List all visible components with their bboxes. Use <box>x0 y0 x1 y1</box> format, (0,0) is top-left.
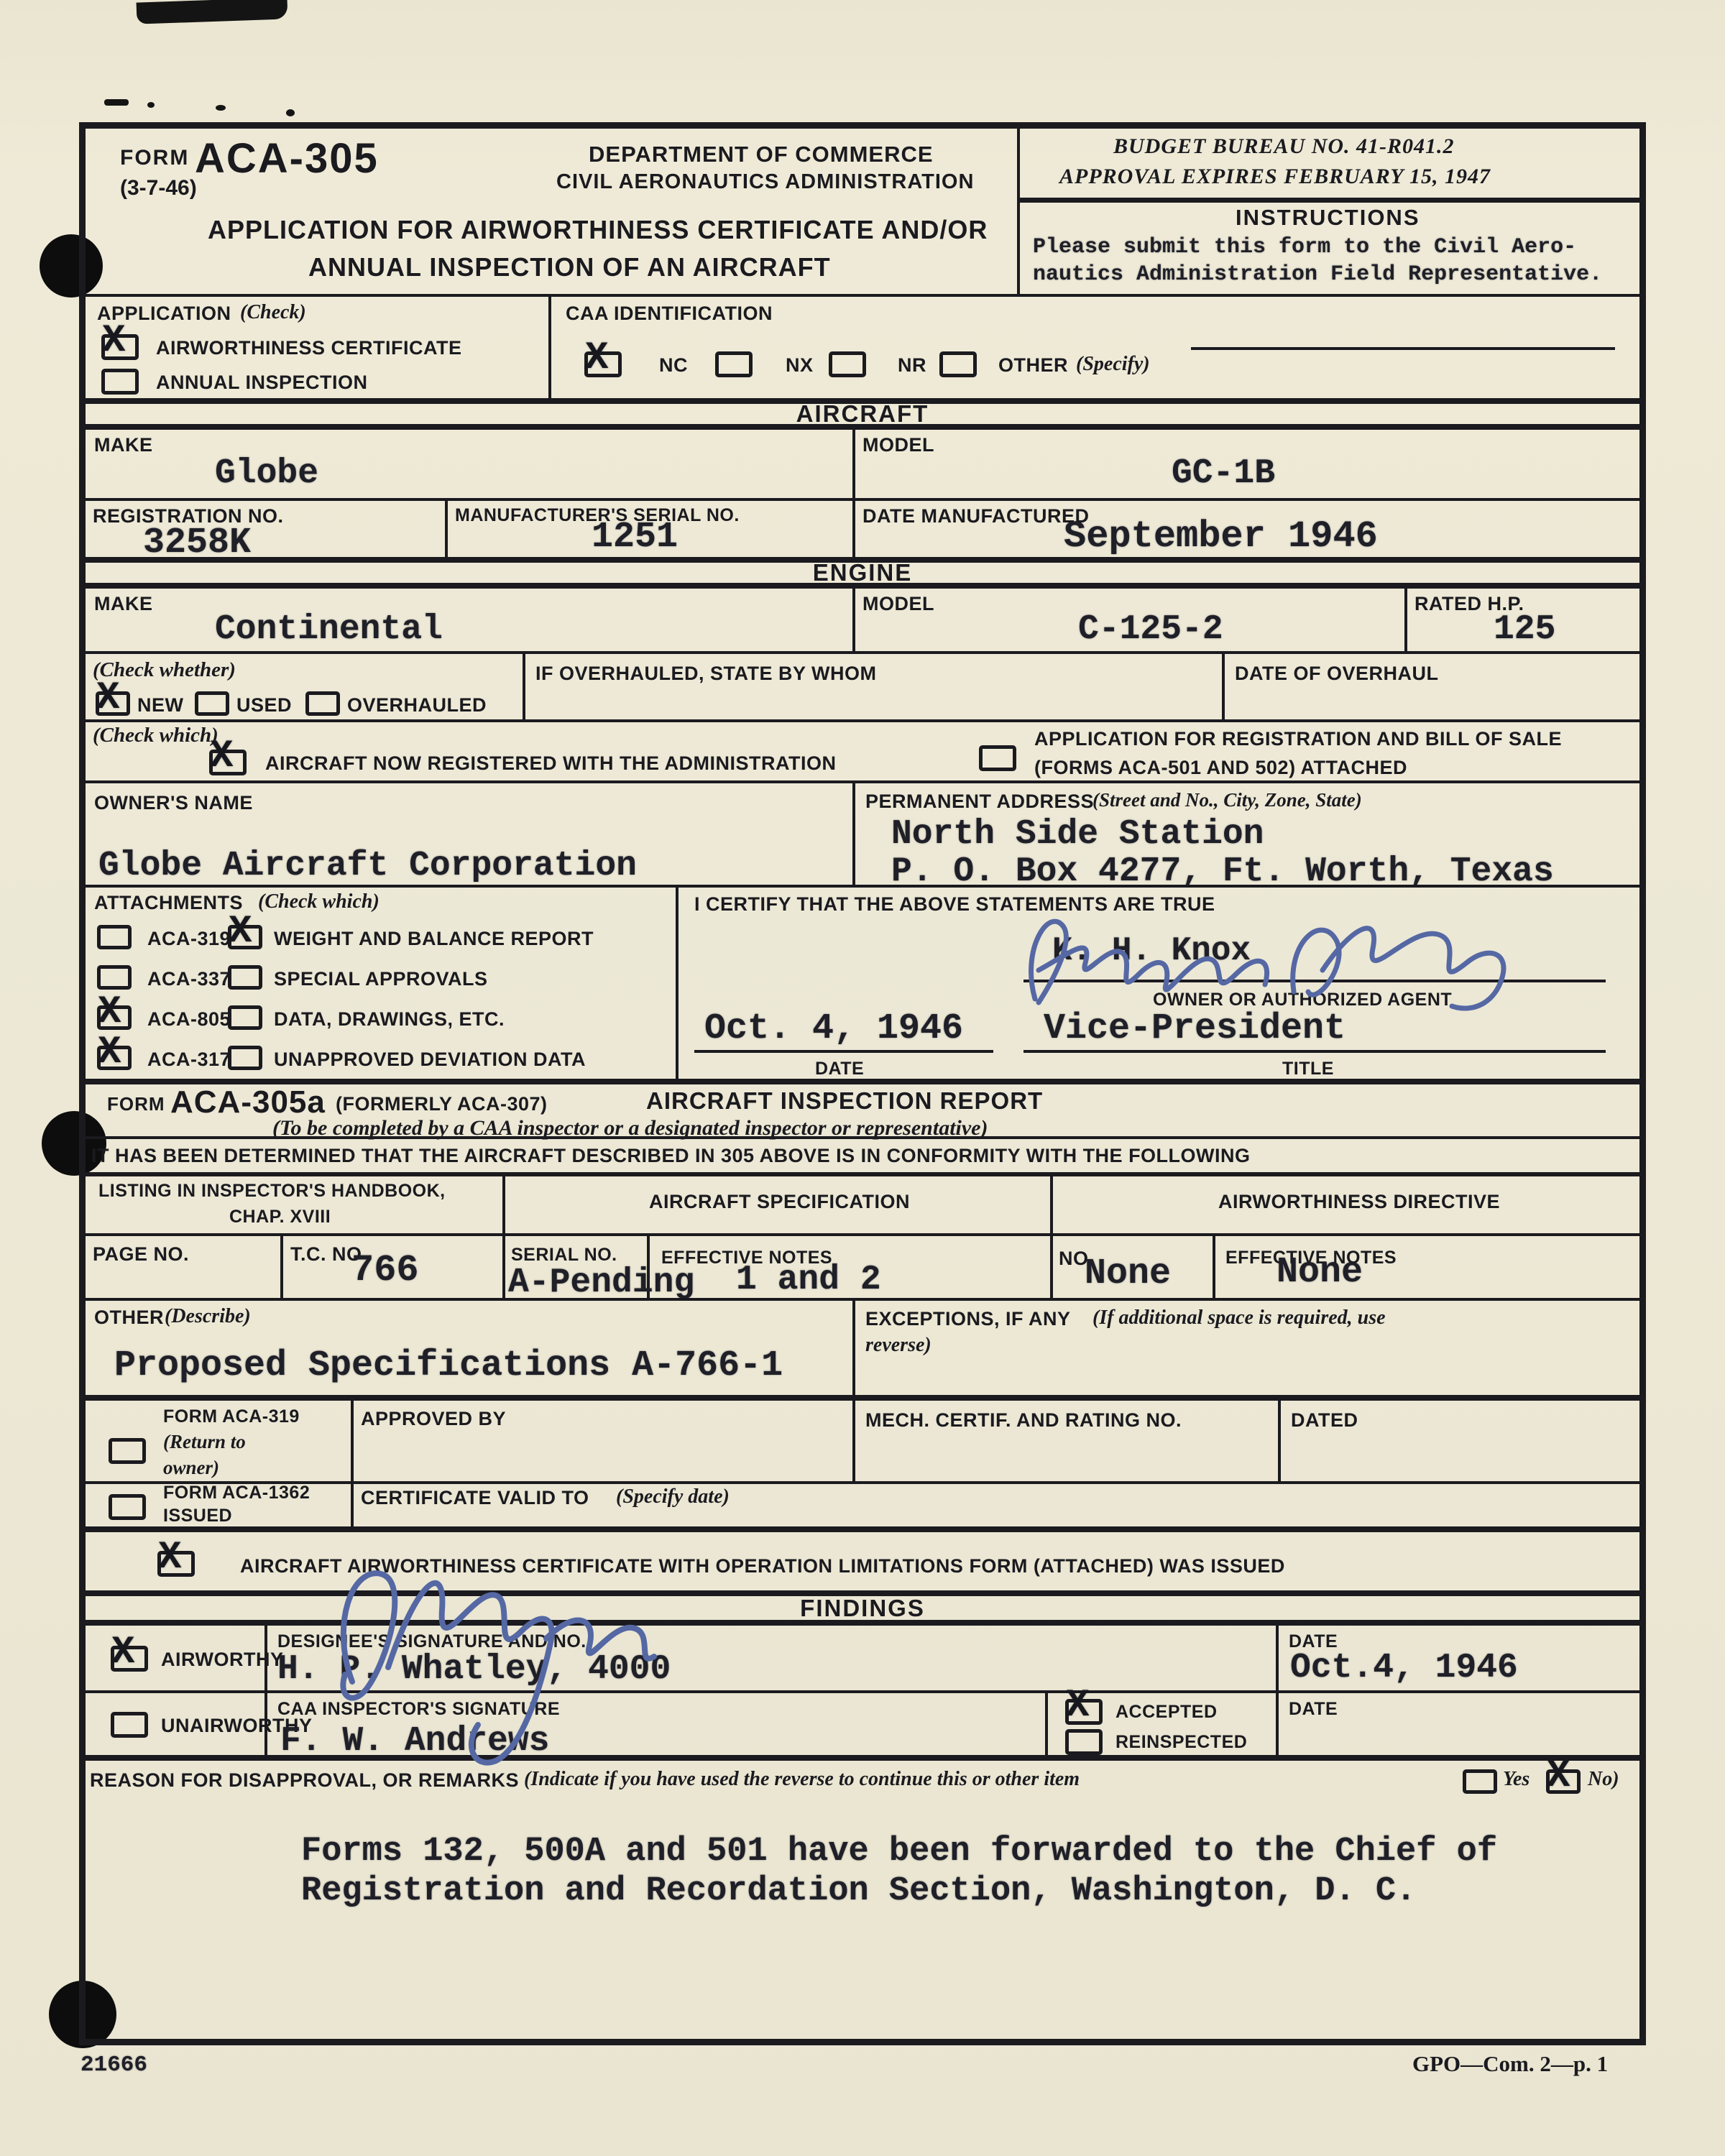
accepted-mark: X <box>1066 1684 1089 1728</box>
overhauled-by-whom-label: IF OVERHAULED, STATE BY WHOM <box>535 663 877 685</box>
determination-text: IT HAS BEEN DETERMINED THAT THE AIRCRAFT… <box>91 1145 1251 1167</box>
engine-section-title: ENGINE <box>813 559 913 586</box>
permanent-address-italic: (Street and No., City, Zone, State) <box>1092 789 1362 811</box>
application-bill-checkbox <box>979 745 1016 771</box>
scan-mark-2 <box>147 102 155 108</box>
attachments-label: ATTACHMENTS <box>94 892 243 914</box>
directive-no-value: None <box>1085 1253 1171 1294</box>
engine-model-value: C-125-2 <box>1078 610 1223 649</box>
remarks-label: REASON FOR DISAPPROVAL, OR REMARKS <box>90 1769 519 1792</box>
mech-certif-label: MECH. CERTIF. AND RATING NO. <box>865 1409 1182 1432</box>
dept-line1: DEPARTMENT OF COMMERCE <box>589 142 934 167</box>
certificate-issued-mark: X <box>158 1536 181 1580</box>
budget-bureau-box: BUDGET BUREAU NO. 41-R041.2 APPROVAL EXP… <box>1020 129 1642 203</box>
unairworthy-checkbox <box>111 1712 148 1738</box>
airworthy-checkbox: X <box>111 1646 148 1672</box>
report-formerly: (FORMERLY ACA-307) <box>336 1093 548 1115</box>
caa-identification-label: CAA IDENTIFICATION <box>566 303 773 325</box>
engine-make-model-row: MAKE Continental MODEL C-125-2 RATED H.P… <box>86 589 1639 651</box>
form-aca-319-checkbox <box>109 1438 146 1464</box>
owner-signature-ink <box>1006 884 1538 1042</box>
nc-mark: X <box>585 336 608 380</box>
aca-317-checkbox: X <box>97 1046 132 1070</box>
aircraft-make-value: Globe <box>215 454 318 493</box>
application-row: APPLICATION (Check) X AIRWORTHINESS CERT… <box>86 294 1639 398</box>
remarks-line2: Registration and Recordation Section, Wa… <box>301 1872 1416 1910</box>
aircraft-model-label: MODEL <box>862 434 934 456</box>
instructions-title: INSTRUCTIONS <box>1236 205 1420 231</box>
form-number: ACA-305 <box>195 134 379 183</box>
nr-checkbox <box>829 351 866 377</box>
special-approvals-label: SPECIAL APPROVALS <box>274 968 488 990</box>
engine-condition-row: (Check whether) X NEW USED OVERHAULED IF… <box>86 651 1639 719</box>
data-drawings-checkbox <box>228 1005 262 1030</box>
listing-header-line2: CHAP. XVIII <box>229 1207 331 1227</box>
application-label-italic: (Check) <box>240 301 306 324</box>
form-aca-319-label: FORM ACA-319 <box>163 1406 300 1427</box>
remarks-no-label: No) <box>1588 1768 1619 1791</box>
certificate-valid-label: CERTIFICATE VALID TO <box>361 1487 589 1509</box>
report-form-number: ACA-305a <box>170 1084 326 1120</box>
report-form-label: FORM <box>107 1093 165 1115</box>
findings-section-title: FINDINGS <box>800 1595 925 1622</box>
new-label: NEW <box>137 694 184 717</box>
nc-checkbox: X <box>584 351 622 377</box>
permanent-address-label: PERMANENT ADDRESS <box>865 791 1094 813</box>
special-approvals-checkbox <box>228 965 262 990</box>
data-drawings-label: DATA, DRAWINGS, ETC. <box>274 1008 505 1031</box>
nc-label: NC <box>659 354 688 377</box>
remarks-yes-checkbox <box>1463 1769 1497 1794</box>
remarks-no-mark: X <box>1547 1754 1570 1798</box>
date-of-overhaul-label: DATE OF OVERHAUL <box>1235 663 1439 685</box>
nx-label: NX <box>786 354 814 377</box>
overhauled-checkbox <box>305 691 340 716</box>
findings-date-value: Oct.4, 1946 <box>1290 1649 1518 1687</box>
aircraft-model-value: GC-1B <box>1172 454 1275 493</box>
header-row: FORM ACA-305 (3-7-46) DEPARTMENT OF COMM… <box>86 129 1639 294</box>
overhauled-label: OVERHAULED <box>347 694 487 717</box>
approved-by-label: APPROVED BY <box>361 1408 506 1430</box>
directive-eff-notes-value: None <box>1276 1252 1363 1293</box>
aircraft-make-model-row: MAKE Globe MODEL GC-1B <box>86 430 1639 498</box>
check-which-label: (Check which) <box>93 724 218 747</box>
listing-header-line1: LISTING IN INSPECTOR'S HANDBOOK, <box>98 1181 446 1202</box>
registered-label: AIRCRAFT NOW REGISTERED WITH THE ADMINIS… <box>265 752 836 775</box>
aca-317-mark: X <box>98 1031 121 1074</box>
engine-model-label: MODEL <box>862 593 934 615</box>
weight-balance-mark: X <box>229 910 252 954</box>
aca-1362-row: FORM ACA-1362 ISSUED CERTIFICATE VALID T… <box>86 1481 1639 1526</box>
footer-print-number: 21666 <box>80 2053 147 2078</box>
other-exceptions-row: OTHER (Describe) Proposed Specifications… <box>86 1298 1639 1395</box>
other-specify-line <box>1191 347 1615 350</box>
budget-line1: BUDGET BUREAU NO. 41-R041.2 <box>1113 134 1455 159</box>
owner-row: OWNER'S NAME Globe Aircraft Corporation … <box>86 780 1639 885</box>
engine-section-band: ENGINE <box>86 557 1639 589</box>
airworthiness-directive-header: AIRWORTHINESS DIRECTIVE <box>1218 1191 1500 1213</box>
other-describe-value: Proposed Specifications A-766-1 <box>114 1345 783 1386</box>
engine-make-label: MAKE <box>94 593 153 615</box>
airworthiness-certificate-mark: X <box>102 319 125 363</box>
instructions-line1: Please submit this form to the Civil Aer… <box>1033 235 1576 259</box>
scan-mark-4 <box>286 109 295 116</box>
date-manufactured-label: DATE MANUFACTURED <box>862 505 1089 528</box>
registered-mark: X <box>210 734 233 778</box>
reinspected-checkbox <box>1065 1729 1103 1755</box>
annual-inspection-checkbox <box>101 369 139 395</box>
findings-date2-label: DATE <box>1289 1699 1338 1720</box>
registered-checkbox: X <box>209 750 247 775</box>
aca-337-checkbox <box>97 965 132 990</box>
form-aca-319-return1: (Return to <box>163 1431 246 1453</box>
other-checkbox <box>939 351 977 377</box>
application-bill-label2: (FORMS ACA-501 AND 502) ATTACHED <box>1034 757 1407 779</box>
title-line <box>1023 1050 1606 1053</box>
owners-name-value: Globe Aircraft Corporation <box>98 847 637 885</box>
determination-row: IT HAS BEEN DETERMINED THAT THE AIRCRAFT… <box>86 1136 1639 1172</box>
form-label: FORM <box>120 146 189 170</box>
remarks-label-italic: (Indicate if you have used the reverse t… <box>524 1768 1080 1791</box>
spec-serial-label: SERIAL NO. <box>511 1245 617 1266</box>
aca-337-label: ACA-337 <box>147 968 231 990</box>
unapproved-deviation-checkbox <box>228 1046 262 1070</box>
form-date: (3-7-46) <box>120 176 197 201</box>
nx-checkbox <box>715 351 753 377</box>
used-label: USED <box>236 694 292 717</box>
certificate-valid-italic: (Specify date) <box>616 1485 730 1508</box>
aircraft-registration-row: REGISTRATION NO. 3258K MANUFACTURER'S SE… <box>86 498 1639 557</box>
title-label: TITLE <box>1282 1059 1334 1079</box>
other-describe-label: OTHER <box>94 1307 164 1329</box>
aca-805-checkbox: X <box>97 1005 132 1030</box>
aca-319-label: ACA-319 <box>147 928 231 950</box>
exceptions-italic1: (If additional space is required, use <box>1092 1307 1386 1330</box>
tc-no-value: 766 <box>351 1249 419 1291</box>
page-no-label: PAGE NO. <box>93 1243 189 1266</box>
spec-serial-value: A-Pending <box>508 1263 694 1302</box>
reinspected-label: REINSPECTED <box>1115 1732 1247 1753</box>
new-mark: X <box>96 676 119 720</box>
form-aca-1362-issued: ISSUED <box>163 1506 232 1526</box>
remarks-no-checkbox: X <box>1546 1769 1581 1794</box>
aca-317-label: ACA-317 <box>147 1049 231 1071</box>
exceptions-italic2: reverse) <box>865 1334 931 1357</box>
nr-label: NR <box>898 354 926 377</box>
scan-mark-3 <box>216 105 226 111</box>
other-label: OTHER <box>998 354 1068 377</box>
accepted-label: ACCEPTED <box>1115 1702 1218 1723</box>
exceptions-label: EXCEPTIONS, IF ANY <box>865 1308 1071 1330</box>
owners-name-label: OWNER'S NAME <box>94 792 253 814</box>
remarks-yes-label: Yes <box>1503 1768 1529 1791</box>
new-checkbox: X <box>96 691 130 716</box>
date-label: DATE <box>815 1059 864 1079</box>
form-title-line1: APPLICATION FOR AIRWORTHINESS CERTIFICAT… <box>208 215 988 245</box>
weight-balance-checkbox: X <box>228 925 262 949</box>
designee-signature-ink <box>309 1538 683 1768</box>
remarks-line1: Forms 132, 500A and 501 have been forwar… <box>301 1833 1497 1871</box>
used-checkbox <box>195 691 229 716</box>
other-specify-italic: (Specify) <box>1076 353 1150 376</box>
airworthy-mark: X <box>111 1631 134 1674</box>
form-aca-1362-checkbox <box>109 1494 146 1520</box>
form-aca-1362-label: FORM ACA-1362 <box>163 1483 310 1503</box>
engine-make-value: Continental <box>215 610 443 649</box>
remarks-row: REASON FOR DISAPPROVAL, OR REMARKS (Indi… <box>86 1755 1639 2039</box>
date-manufactured-value: September 1946 <box>1064 515 1378 558</box>
address-line1: North Side Station <box>891 815 1264 854</box>
aircraft-specification-header: AIRCRAFT SPECIFICATION <box>649 1191 910 1213</box>
scanned-form-page: { "header": { "form_label": "FORM", "for… <box>0 0 1725 2156</box>
date-line <box>694 1050 993 1053</box>
conformity-header-row: LISTING IN INSPECTOR'S HANDBOOK, CHAP. X… <box>86 1172 1639 1233</box>
airworthiness-certificate-label: AIRWORTHINESS CERTIFICATE <box>156 337 462 359</box>
form-aca-319-return2: owner) <box>163 1457 219 1479</box>
rated-hp-value: 125 <box>1494 610 1555 649</box>
aircraft-make-label: MAKE <box>94 434 153 456</box>
certificate-issued-checkbox: X <box>157 1551 195 1577</box>
budget-line2: APPROVAL EXPIRES FEBRUARY 15, 1947 <box>1059 165 1491 189</box>
airworthiness-certificate-checkbox: X <box>101 334 139 360</box>
other-describe-italic: (Describe) <box>165 1305 251 1328</box>
dated-label: DATED <box>1291 1409 1358 1432</box>
aca-319-approval-row: FORM ACA-319 (Return to owner) APPROVED … <box>86 1395 1639 1481</box>
aca-805-mark: X <box>98 990 121 1034</box>
aca-805-label: ACA-805 <box>147 1008 231 1031</box>
form-title-line2: ANNUAL INSPECTION OF AN AIRCRAFT <box>308 252 831 282</box>
spec-eff-notes-value: 1 and 2 <box>736 1261 881 1299</box>
certification-date-value: Oct. 4, 1946 <box>704 1008 963 1049</box>
attachments-label-italic: (Check which) <box>258 890 379 913</box>
aircraft-section-title: AIRCRAFT <box>796 400 929 428</box>
conformity-values-row: PAGE NO. T.C. NO 766 SERIAL NO. EFFECTIV… <box>86 1233 1639 1298</box>
report-title: AIRCRAFT INSPECTION REPORT <box>646 1087 1043 1115</box>
registration-status-row: (Check which) X AIRCRAFT NOW REGISTERED … <box>86 719 1639 780</box>
application-bill-label1: APPLICATION FOR REGISTRATION AND BILL OF… <box>1034 728 1562 750</box>
manufacturers-serial-value: 1251 <box>592 517 678 558</box>
unapproved-deviation-label: UNAPPROVED DEVIATION DATA <box>274 1049 586 1071</box>
weight-balance-label: WEIGHT AND BALANCE REPORT <box>274 928 594 950</box>
accepted-checkbox: X <box>1065 1699 1103 1725</box>
annual-inspection-label: ANNUAL INSPECTION <box>156 372 368 394</box>
dept-line2: CIVIL AERONAUTICS ADMINISTRATION <box>556 170 974 194</box>
aca-319-checkbox <box>97 925 132 949</box>
instructions-line2: nautics Administration Field Representat… <box>1033 262 1602 287</box>
scan-mark-1 <box>104 99 129 106</box>
scan-smudge-top <box>137 0 288 24</box>
aircraft-section-band: AIRCRAFT <box>86 398 1639 430</box>
report-header-row: FORM ACA-305a (FORMERLY ACA-307) AIRCRAF… <box>86 1079 1639 1136</box>
footer-gpo: GPO—Com. 2—p. 1 <box>1412 2051 1608 2077</box>
